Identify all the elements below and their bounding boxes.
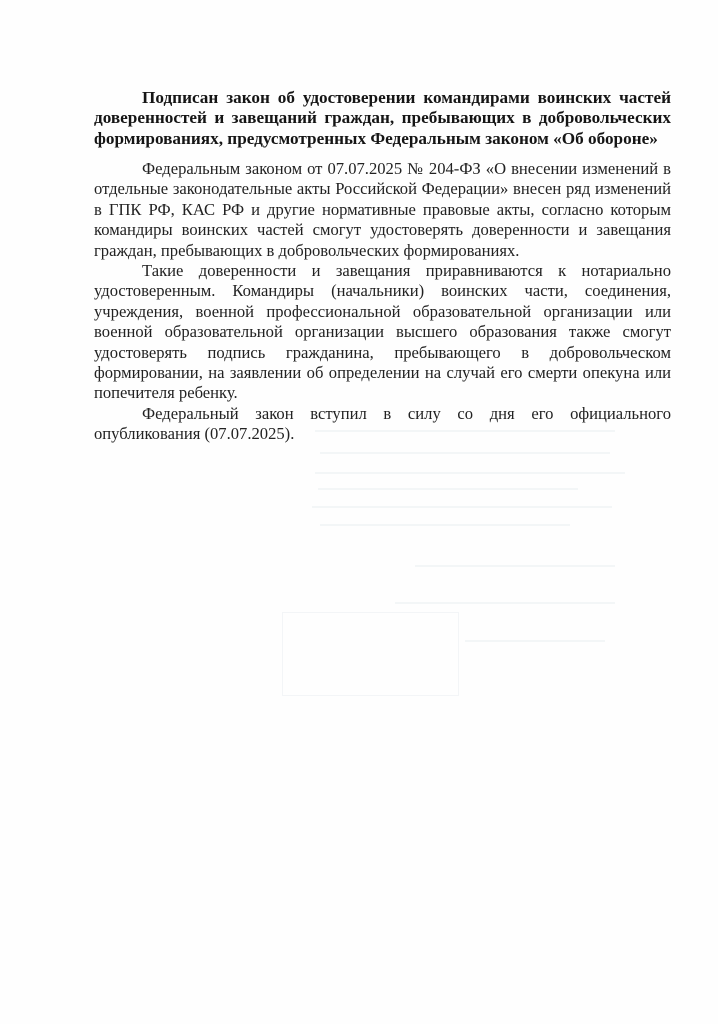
bleed-through-mark (312, 506, 612, 508)
paragraph-2: Такие доверенности и завещания приравнив… (94, 261, 671, 404)
paragraph-1: Федеральным законом от 07.07.2025 № 204-… (94, 159, 671, 261)
bleed-through-mark (415, 565, 615, 567)
paragraph-3: Федеральный закон вступил в силу со дня … (94, 404, 671, 445)
bleed-through-mark (318, 488, 578, 490)
bleed-through-mark (465, 640, 605, 642)
bleed-through-mark (315, 472, 625, 474)
scanned-page: Подписан закон об удостоверении командир… (0, 0, 718, 1024)
document-body: Подписан закон об удостоверении командир… (94, 88, 671, 445)
bleed-through-mark (320, 452, 610, 454)
bleed-through-mark (395, 602, 615, 604)
bleed-through-mark (320, 524, 570, 526)
document-title: Подписан закон об удостоверении командир… (94, 88, 671, 149)
bleed-through-box (282, 612, 459, 696)
